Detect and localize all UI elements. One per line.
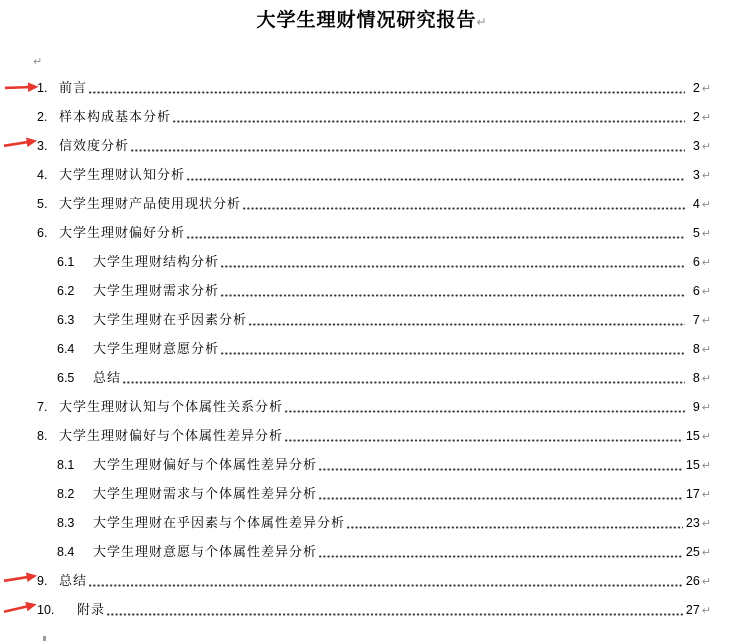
- toc-entry-number: 6.: [37, 219, 59, 248]
- dotted-leader: [221, 265, 685, 268]
- toc-entry-page-number: 6: [688, 277, 700, 306]
- paragraph-mark-icon: ↵: [702, 190, 711, 219]
- toc-entry[interactable]: 8.2 大学生理财需求与个体属性差异分析 17 ↵: [37, 479, 711, 508]
- toc-entry-page-number: 3: [688, 161, 700, 190]
- toc-entry-label: 大学生理财需求分析: [93, 276, 219, 305]
- toc-entry[interactable]: 1. 前言 2 ↵: [37, 73, 711, 102]
- toc-entry-page-number: 5: [688, 219, 700, 248]
- toc-entry-page-number: 8: [688, 335, 700, 364]
- dotted-leader: [107, 613, 683, 616]
- toc-entry[interactable]: 6.3 大学生理财在乎因素分析 7 ↵: [37, 305, 711, 334]
- toc-entry[interactable]: 6.2 大学生理财需求分析 6 ↵: [37, 276, 711, 305]
- document-page: 大学生理财情况研究报告↵ ↵ 1. 前言 2 ↵ 2. 样本构成基本分析 2 ↵…: [0, 0, 743, 642]
- dotted-leader: [221, 294, 685, 297]
- toc-entry-label: 大学生理财偏好与个体属性差异分析: [93, 450, 317, 479]
- toc-entry-label: 前言: [59, 73, 87, 102]
- dotted-leader: [319, 497, 683, 500]
- dotted-leader: [249, 323, 685, 326]
- toc-entry-page-number: 2: [688, 103, 700, 132]
- paragraph-mark-icon: ↵: [702, 103, 711, 132]
- toc-entry-number: 6.2: [57, 277, 93, 306]
- toc-entry-page-number: 23: [686, 509, 700, 538]
- toc-entry-label: 总结: [59, 566, 87, 595]
- toc-entry-number: 6.5: [57, 364, 93, 393]
- toc-entry-page-number: 7: [688, 306, 700, 335]
- clipped-paragraph-mark-icon: [43, 636, 46, 641]
- paragraph-mark-icon: ↵: [702, 364, 711, 393]
- page-title: 大学生理财情况研究报告: [256, 10, 476, 31]
- toc-entry-page-number: 26: [686, 567, 700, 596]
- toc-entry-page-number: 4: [688, 190, 700, 219]
- toc-entry-page-number: 15: [686, 451, 700, 480]
- toc-entry-number: 8.: [37, 422, 59, 451]
- paragraph-mark-icon: ↵: [702, 132, 711, 161]
- toc-entry-number: 6.4: [57, 335, 93, 364]
- paragraph-mark-icon: ↵: [702, 277, 711, 306]
- paragraph-mark-icon: ↵: [702, 335, 711, 364]
- paragraph-mark-icon: ↵: [702, 306, 711, 335]
- paragraph-mark-icon: ↵: [702, 538, 711, 567]
- toc-entry-number: 2.: [37, 103, 59, 132]
- toc-entry-number: 5.: [37, 190, 59, 219]
- toc-entry-page-number: 9: [688, 393, 700, 422]
- paragraph-mark-icon: ↵: [476, 15, 486, 29]
- dotted-leader: [319, 555, 683, 558]
- toc-entry[interactable]: 2. 样本构成基本分析 2 ↵: [37, 102, 711, 131]
- toc-entry-label: 样本构成基本分析: [59, 102, 171, 131]
- toc-entry-page-number: 15: [686, 422, 700, 451]
- toc-entry-label: 大学生理财产品使用现状分析: [59, 189, 241, 218]
- toc-entry[interactable]: 4. 大学生理财认知分析 3 ↵: [37, 160, 711, 189]
- toc-entry-number: 10.: [37, 596, 77, 625]
- toc-entry[interactable]: 8.4 大学生理财意愿与个体属性差异分析 25 ↵: [37, 537, 711, 566]
- toc-entry[interactable]: 6.5 总结 8 ↵: [37, 363, 711, 392]
- paragraph-mark-icon: ↵: [702, 480, 711, 509]
- dotted-leader: [187, 236, 685, 239]
- toc-entry-label: 大学生理财偏好分析: [59, 218, 185, 247]
- dotted-leader: [187, 178, 685, 181]
- toc-entry-number: 9.: [37, 567, 59, 596]
- toc-entry-page-number: 27: [686, 596, 700, 625]
- paragraph-mark-icon: ↵: [702, 422, 711, 451]
- dotted-leader: [131, 149, 685, 152]
- toc-entry-label: 信效度分析: [59, 131, 129, 160]
- paragraph-mark-icon: ↵: [702, 567, 711, 596]
- dotted-leader: [89, 91, 685, 94]
- toc-entry-label: 大学生理财在乎因素与个体属性差异分析: [93, 508, 345, 537]
- paragraph-mark-icon: ↵: [702, 161, 711, 190]
- toc-entry[interactable]: 6. 大学生理财偏好分析 5 ↵: [37, 218, 711, 247]
- toc-entry-label: 大学生理财认知分析: [59, 160, 185, 189]
- red-arrow-icon: [2, 134, 38, 151]
- toc-entry-label: 总结: [93, 363, 121, 392]
- toc-entry-label: 大学生理财需求与个体属性差异分析: [93, 479, 317, 508]
- dotted-leader: [89, 584, 683, 587]
- toc-entry-label: 大学生理财偏好与个体属性差异分析: [59, 421, 283, 450]
- paragraph-mark-icon: ↵: [702, 596, 711, 625]
- dotted-leader: [319, 468, 683, 471]
- dotted-leader: [285, 439, 683, 442]
- toc-entry-label: 大学生理财意愿与个体属性差异分析: [93, 537, 317, 566]
- toc-entry[interactable]: 10. 附录 27 ↵: [37, 595, 711, 624]
- dotted-leader: [347, 526, 683, 529]
- toc-entry[interactable]: 6.1 大学生理财结构分析 6 ↵: [37, 247, 711, 276]
- toc-entry-page-number: 2: [688, 74, 700, 103]
- dotted-leader: [221, 352, 685, 355]
- dotted-leader: [285, 410, 685, 413]
- toc-entry-number: 4.: [37, 161, 59, 190]
- dotted-leader: [173, 120, 685, 123]
- paragraph-mark-icon: ↵: [702, 451, 711, 480]
- toc-entry[interactable]: 3. 信效度分析 3 ↵: [37, 131, 711, 160]
- red-arrow-icon: [2, 598, 39, 618]
- toc-entry-page-number: 3: [688, 132, 700, 161]
- document-title-line: 大学生理财情况研究报告↵: [0, 6, 743, 37]
- toc-entry[interactable]: 5. 大学生理财产品使用现状分析 4 ↵: [37, 189, 711, 218]
- toc-entry-page-number: 6: [688, 248, 700, 277]
- toc-entry-number: 6.3: [57, 306, 93, 335]
- toc-entry-number: 8.1: [57, 451, 93, 480]
- paragraph-mark-icon: ↵: [702, 248, 711, 277]
- toc-entry[interactable]: 7. 大学生理财认知与个体属性关系分析 9 ↵: [37, 392, 711, 421]
- toc-entry-number: 8.2: [57, 480, 93, 509]
- paragraph-mark-icon: ↵: [702, 74, 711, 103]
- table-of-contents: 1. 前言 2 ↵ 2. 样本构成基本分析 2 ↵ 3. 信效度分析 3 ↵ 4…: [37, 73, 711, 624]
- toc-entry-page-number: 17: [686, 480, 700, 509]
- toc-entry-number: 7.: [37, 393, 59, 422]
- toc-entry[interactable]: 8.1 大学生理财偏好与个体属性差异分析 15 ↵: [37, 450, 711, 479]
- toc-entry-number: 6.1: [57, 248, 93, 277]
- toc-entry-label: 大学生理财意愿分析: [93, 334, 219, 363]
- paragraph-mark-icon: ↵: [702, 219, 711, 248]
- toc-entry-label: 大学生理财结构分析: [93, 247, 219, 276]
- red-arrow-icon: [4, 80, 39, 93]
- toc-entry[interactable]: 6.4 大学生理财意愿分析 8 ↵: [37, 334, 711, 363]
- empty-paragraph-line: ↵: [33, 53, 42, 70]
- paragraph-mark-icon: ↵: [33, 55, 42, 68]
- dotted-leader: [243, 207, 685, 210]
- toc-entry-page-number: 8: [688, 364, 700, 393]
- toc-entry-label: 附录: [77, 595, 105, 624]
- toc-entry-number: 3.: [37, 132, 59, 161]
- toc-entry-number: 8.3: [57, 509, 93, 538]
- toc-entry-number: 8.4: [57, 538, 93, 567]
- toc-entry-label: 大学生理财认知与个体属性关系分析: [59, 392, 283, 421]
- toc-entry[interactable]: 9. 总结 26 ↵: [37, 566, 711, 595]
- toc-entry-page-number: 25: [686, 538, 700, 567]
- paragraph-mark-icon: ↵: [702, 393, 711, 422]
- dotted-leader: [123, 381, 685, 384]
- toc-entry[interactable]: 8.3 大学生理财在乎因素与个体属性差异分析 23 ↵: [37, 508, 711, 537]
- red-arrow-icon: [2, 569, 38, 586]
- toc-entry[interactable]: 8. 大学生理财偏好与个体属性差异分析 15 ↵: [37, 421, 711, 450]
- paragraph-mark-icon: ↵: [702, 509, 711, 538]
- toc-entry-label: 大学生理财在乎因素分析: [93, 305, 247, 334]
- toc-entry-number: 1.: [37, 74, 59, 103]
